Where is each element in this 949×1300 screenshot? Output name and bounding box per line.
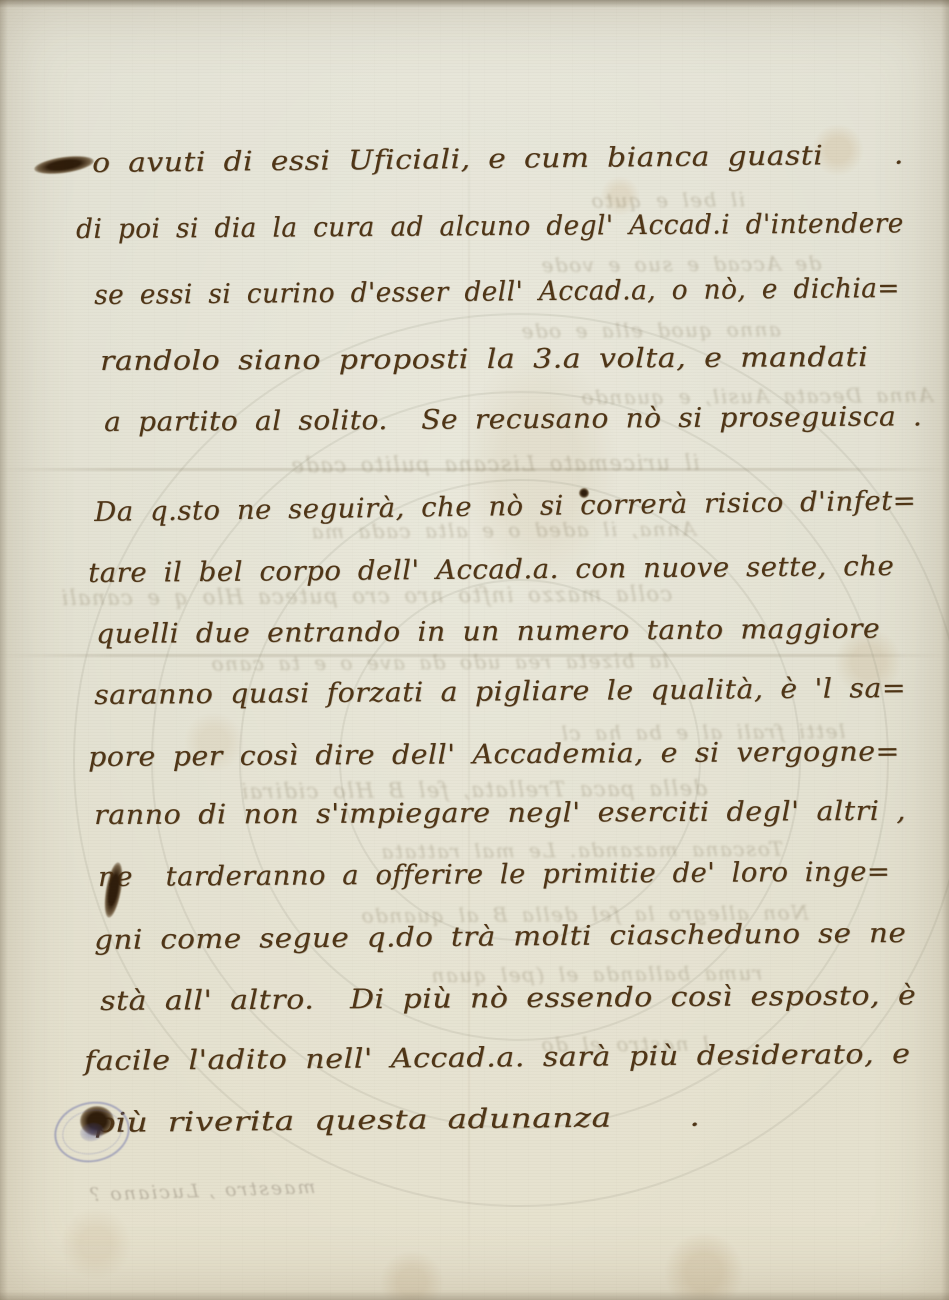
bleed-through-text: la bizeta rea udo da ave o e ta cano: [210, 648, 669, 675]
ink-blot: [33, 153, 95, 177]
manuscript-line: a partito al solito. Se recusano nò si p…: [104, 401, 922, 438]
ink-blot: [579, 488, 589, 498]
manuscript-line: Da q.sto ne seguirà, che nò si correrà r…: [94, 486, 916, 528]
manuscript-line: saranno quasi forzati a pigliare le qual…: [94, 673, 906, 711]
library-stamp: [49, 1095, 136, 1169]
manuscript-line: più riverita questa adunanza .: [94, 1102, 700, 1139]
verso-annotation: maestro , Luciano ?: [88, 1176, 316, 1206]
manuscript-line: gni come segue q.do trà molti ciaschedun…: [94, 918, 906, 956]
bleed-through-text: anno quod ella e ode: [520, 317, 781, 343]
manuscript-line: o avuti di essi Uficiali, e cum bianca g…: [92, 140, 904, 179]
manuscript-line: quelli due entrando in un numero tanto m…: [96, 614, 880, 650]
manuscript-line: ne tarderanno a offerire le primitie de'…: [98, 856, 890, 893]
manuscript-line: randolo siano proposti la 3.a volta, e m…: [100, 342, 868, 377]
manuscript-line: ranno di non s'impiegare negl' eserciti …: [94, 796, 906, 831]
manuscript-line: di poi si dia la cura ad alcuno degl' Ac…: [76, 208, 904, 245]
manuscript-line: se essi si curino d'esser dell' Accad.a,…: [94, 273, 900, 311]
manuscript-line: facile l'adito nell' Accad.a. sarà più d…: [84, 1039, 911, 1077]
manuscript-line: tare il bel corpo dell' Accad.a. con nuo…: [88, 551, 894, 589]
manuscript-line: pore per così dire dell' Accademia, e si…: [88, 736, 900, 773]
manuscript-page: maestro , Luciano ? il bel e qutode Acca…: [0, 0, 949, 1300]
bleed-through-text: il uricemato Liscana pulito cade: [290, 451, 700, 478]
manuscript-line: stà all' altro. Di più nò essendo così e…: [100, 980, 916, 1017]
